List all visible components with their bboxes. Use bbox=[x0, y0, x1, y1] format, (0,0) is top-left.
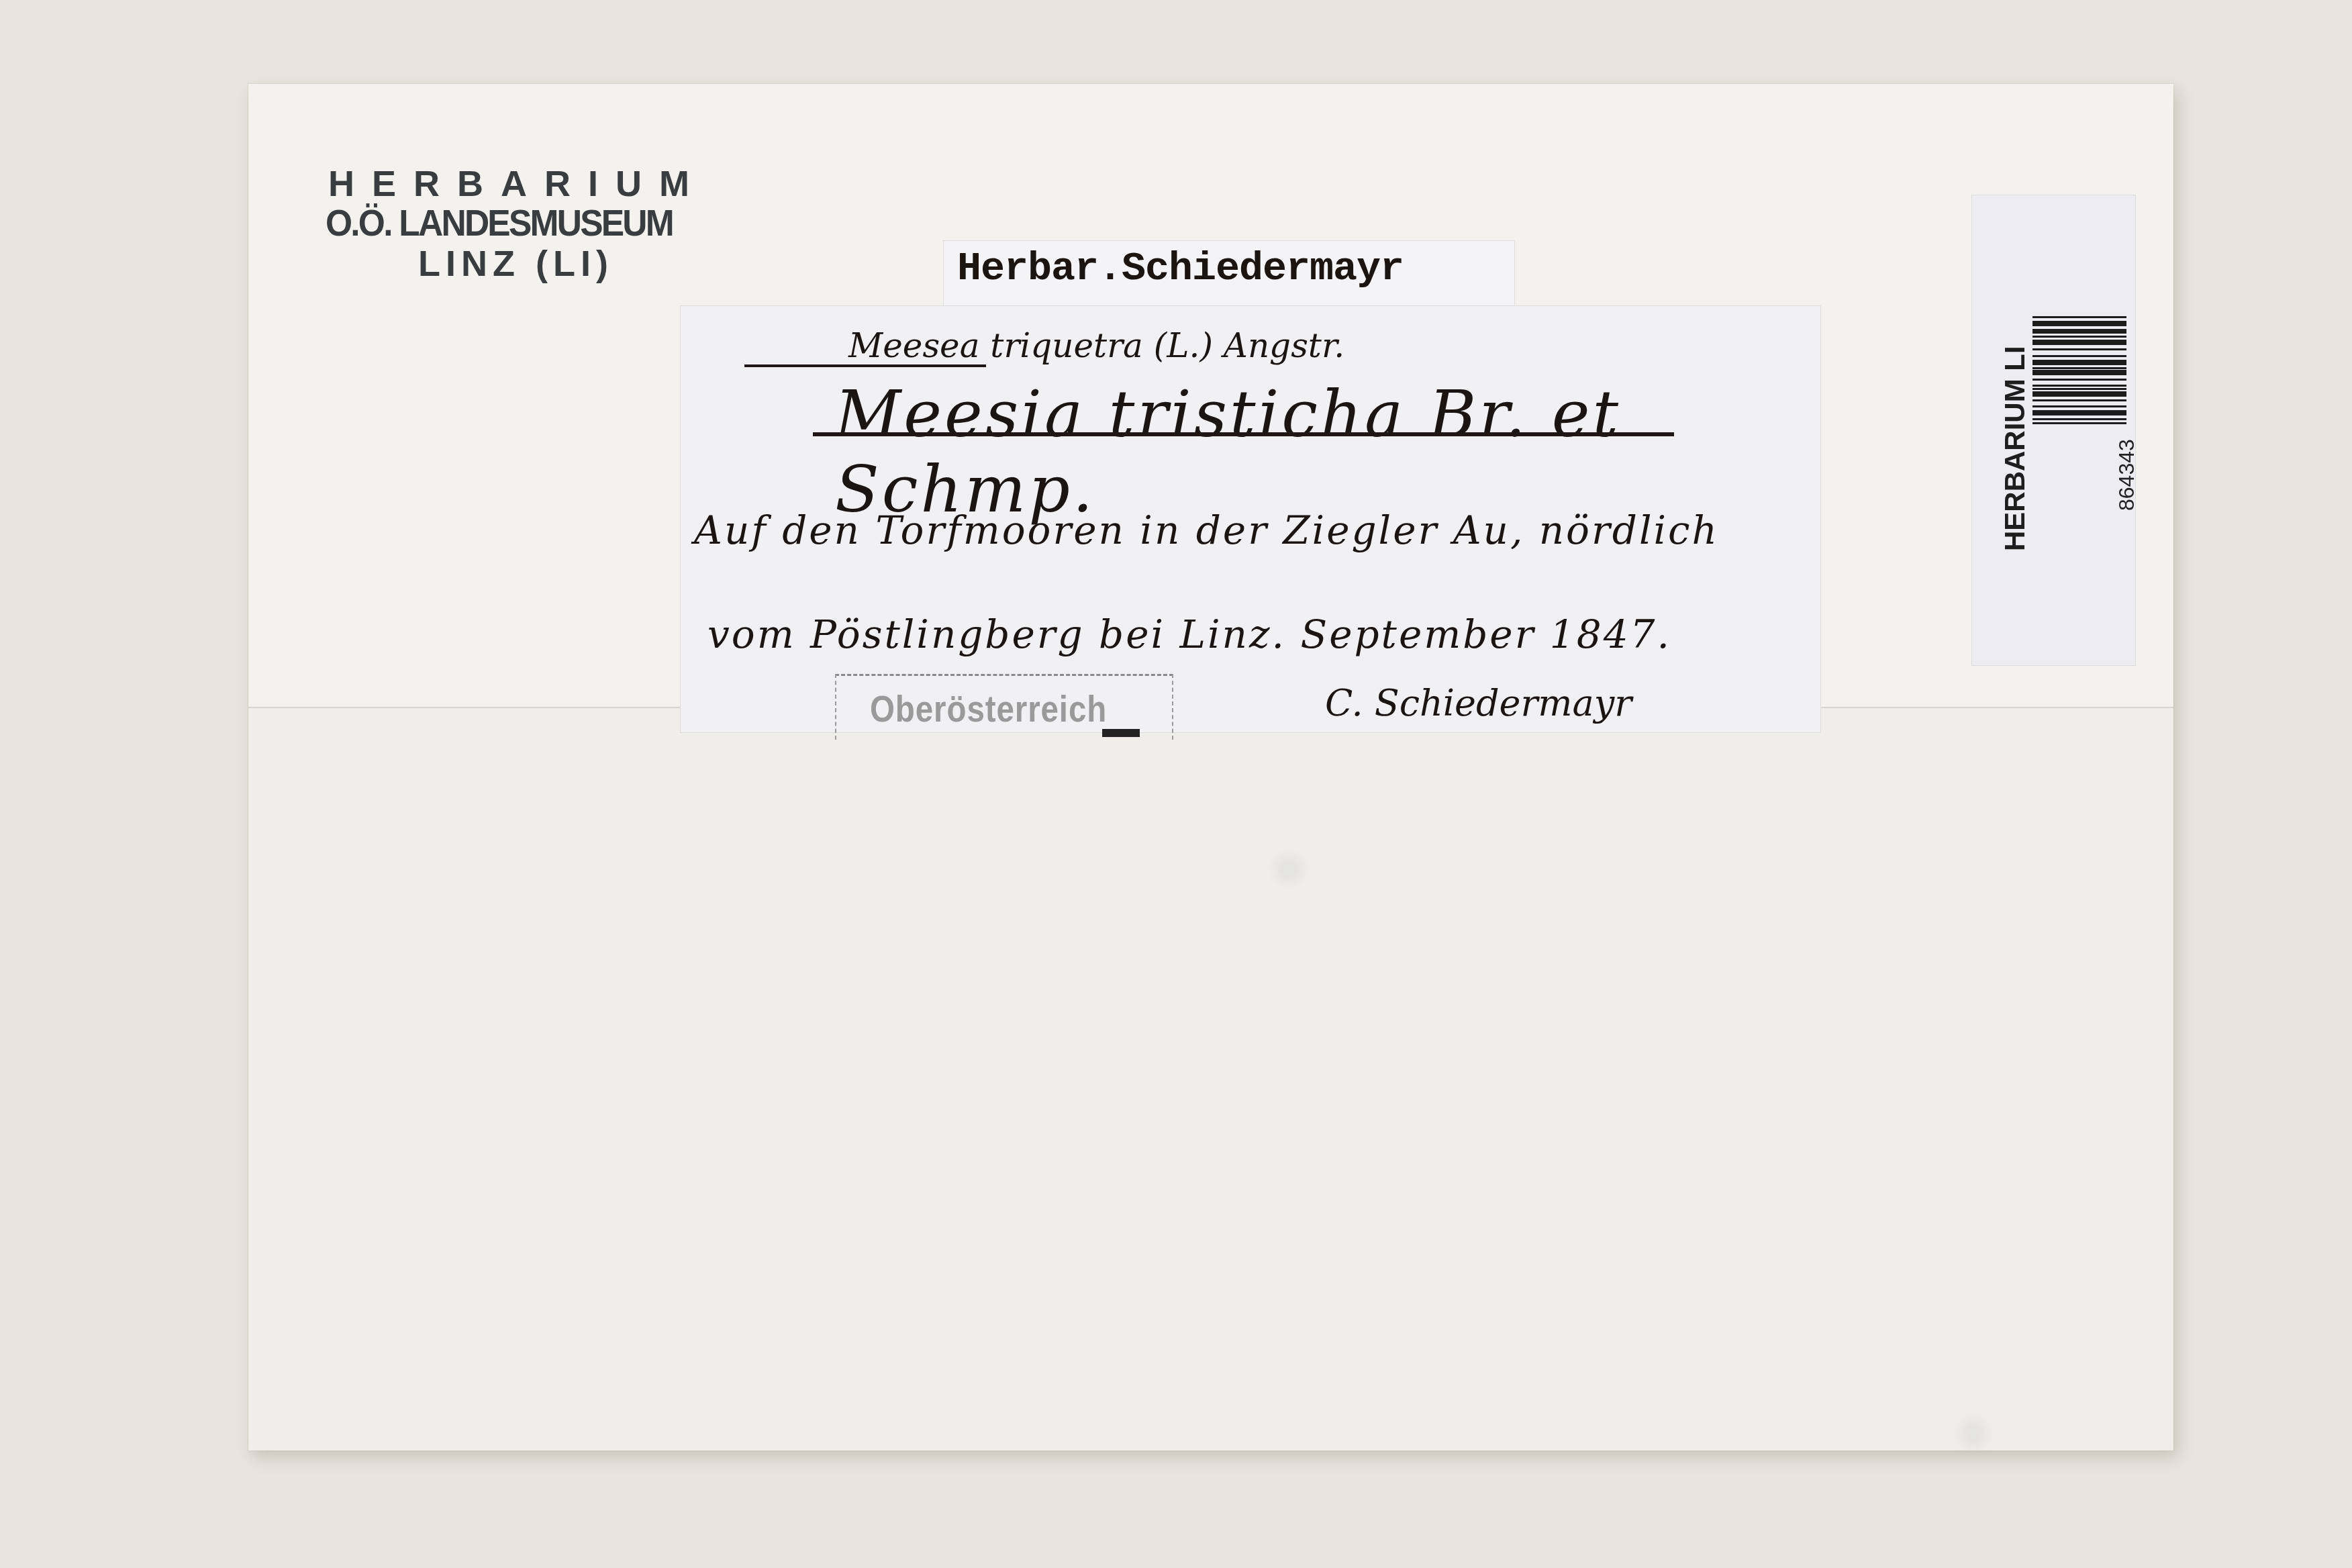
stamp-mark bbox=[1102, 729, 1140, 737]
stamp-line-museum: O.Ö. LANDESMUSEUM bbox=[326, 201, 696, 244]
strike-rule bbox=[744, 364, 986, 367]
region-stamp-text: Oberösterreich bbox=[870, 687, 1107, 730]
collector-signature: C. Schiedermayr bbox=[1325, 682, 1632, 724]
specimen-envelope: HERBARIUM O.Ö. LANDESMUSEUM LINZ (LI) He… bbox=[248, 84, 2173, 1451]
paper-stain bbox=[1960, 1420, 1987, 1447]
barcode-label: HERBARIUM LI 864343 bbox=[1971, 195, 2136, 666]
stamp-line-herbarium: HERBARIUM bbox=[326, 163, 728, 205]
original-taxon-name: Meesia tristicha Br. et Schmp. bbox=[835, 377, 1820, 527]
handwritten-label: Meesea triquetra (L.) Angstr. Meesia tri… bbox=[680, 305, 1821, 733]
institution-stamp: HERBARIUM O.Ö. LANDESMUSEUM LINZ (LI) bbox=[326, 163, 728, 285]
stamp-line-city: LINZ (LI) bbox=[326, 243, 728, 285]
barcode-herbarium-text: HERBARIUM LI bbox=[1999, 346, 2031, 551]
barcode-icon bbox=[2032, 316, 2126, 430]
typed-herbarium-label: Herbar.Schiedermayr bbox=[943, 240, 1515, 306]
barcode-number: 864343 bbox=[2114, 439, 2139, 511]
current-taxon-name: Meesea triquetra (L.) Angstr. bbox=[848, 326, 1344, 365]
locality-line-1: Auf den Torfmooren in der Ziegler Au, nö… bbox=[694, 507, 1719, 553]
typed-label-text: Herbar.Schiedermayr bbox=[957, 246, 1404, 292]
paper-stain bbox=[1275, 856, 1302, 883]
locality-line-2: vom Pöstlingberg bei Linz. September 184… bbox=[707, 611, 1671, 657]
underline-rule bbox=[813, 432, 1674, 436]
